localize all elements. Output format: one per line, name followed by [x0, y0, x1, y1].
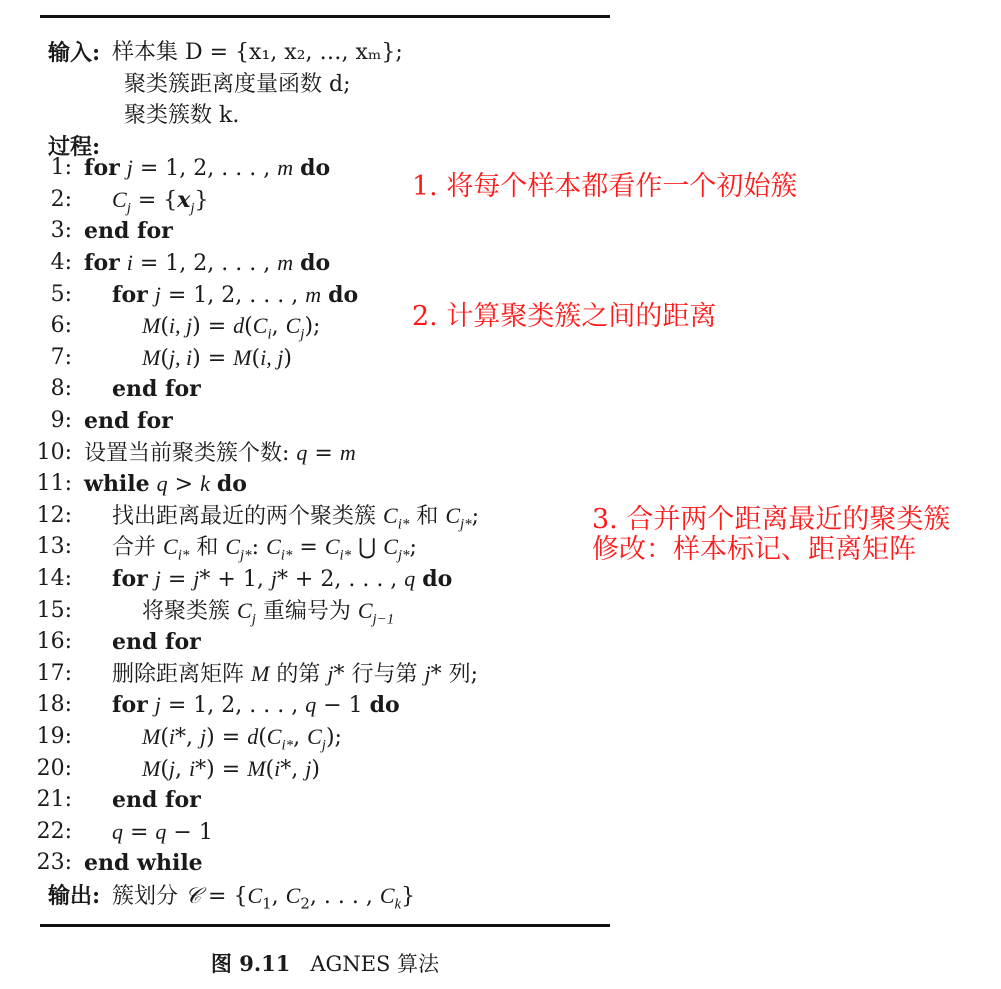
figure-number: 图 9.11: [211, 951, 290, 976]
output-text: 簇划分 𝒞 = {C1, C2, . . . , Ck}: [112, 880, 415, 913]
step-text: Cj = {xj}: [112, 184, 209, 217]
step-number: 2:: [0, 184, 72, 216]
step-number: 14:: [0, 563, 72, 595]
step-text: for i = 1, 2, . . . , m do: [84, 247, 330, 280]
step-text: for j = 1, 2, . . . , m do: [84, 152, 330, 185]
annotation-modify-note: 修改：样本标记、距离矩阵: [592, 535, 916, 565]
step-number: 23:: [0, 847, 72, 879]
step-number: 8:: [0, 373, 72, 405]
input-distance-fn: 聚类簇距离度量函数 d;: [124, 69, 351, 101]
step-number: 11:: [0, 468, 72, 500]
step-text: end for: [84, 215, 173, 248]
figure-title: AGNES 算法: [310, 952, 439, 976]
bottom-rule: [40, 924, 610, 927]
step-number: 7:: [0, 342, 72, 374]
step-text: 合并 Ci* 和 Cj*: Ci* = Ci* ⋃ Cj*;: [112, 531, 417, 564]
step-text: end for: [112, 373, 201, 406]
step-text: M(i, j) = d(Ci, Cj);: [142, 310, 320, 343]
step-text: end for: [84, 405, 173, 438]
step-number: 5:: [0, 279, 72, 311]
step-text: M(i*, j) = d(Ci*, Cj);: [142, 721, 342, 754]
step-text: q = q − 1: [112, 816, 213, 849]
step-number: 9:: [0, 405, 72, 437]
step-text: 设置当前聚类簇个数: q = m: [84, 437, 356, 470]
step-number: 3:: [0, 215, 72, 247]
figure-caption: 图 9.11 AGNES 算法: [0, 948, 650, 978]
input-cluster-count: 聚类簇数 k.: [124, 100, 239, 132]
step-number: 20:: [0, 753, 72, 785]
step-number: 10:: [0, 437, 72, 469]
step-number: 13:: [0, 531, 72, 563]
annotation-compute-distance: 2. 计算聚类簇之间的距离: [412, 302, 716, 332]
step-number: 4:: [0, 247, 72, 279]
annotation-init-clusters: 1. 将每个样本都看作一个初始簇: [412, 172, 797, 202]
output-label: 输出:: [48, 880, 100, 912]
step-number: 18:: [0, 689, 72, 721]
step-text: 找出距离最近的两个聚类簇 Ci* 和 Cj*;: [112, 500, 479, 533]
top-rule: [40, 15, 610, 18]
step-number: 15:: [0, 595, 72, 627]
step-text: end for: [112, 784, 201, 817]
step-number: 22:: [0, 816, 72, 848]
input-dataset: 样本集 D = {x₁, x₂, …, xₘ};: [112, 37, 403, 69]
step-text: M(j, i) = M(i, j): [142, 342, 292, 375]
annotation-merge-clusters: 3. 合并两个距离最近的聚类簇: [592, 505, 950, 535]
step-number: 17:: [0, 658, 72, 690]
step-text: for j = 1, 2, . . . , q − 1 do: [112, 689, 400, 722]
step-number: 16:: [0, 626, 72, 658]
step-number: 21:: [0, 784, 72, 816]
step-text: end while: [84, 847, 203, 880]
step-number: 12:: [0, 500, 72, 532]
step-text: for j = 1, 2, . . . , m do: [112, 279, 358, 312]
step-text: while q > k do: [84, 468, 247, 501]
step-text: for j = j* + 1, j* + 2, . . . , q do: [112, 563, 452, 596]
step-number: 19:: [0, 721, 72, 753]
step-number: 6:: [0, 310, 72, 342]
input-label: 输入:: [48, 37, 100, 69]
step-text: end for: [112, 626, 201, 659]
step-text: 删除距离矩阵 M 的第 j* 行与第 j* 列;: [112, 658, 478, 691]
step-text: 将聚类簇 Cj 重编号为 Cj−1: [142, 595, 394, 628]
step-number: 1:: [0, 152, 72, 184]
step-text: M(j, i*) = M(i*, j): [142, 753, 320, 786]
